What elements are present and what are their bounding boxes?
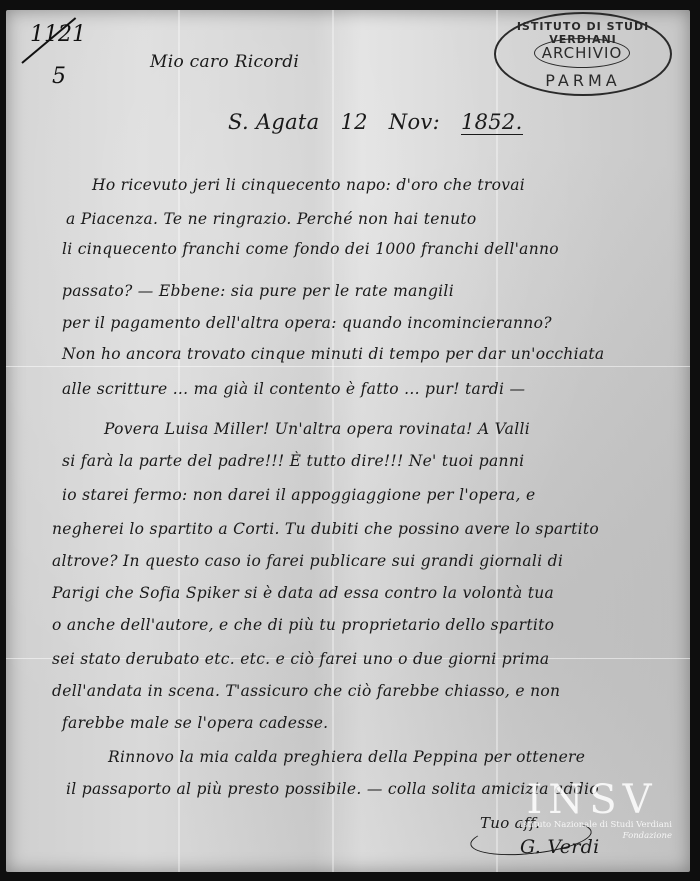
watermark-line2: Fondazione bbox=[512, 831, 672, 842]
letter-line: alle scritture ... ma già il contento è … bbox=[62, 380, 525, 398]
letter-line: altrove? In questo caso io farei publica… bbox=[52, 552, 563, 570]
letter-line: a Piacenza. Te ne ringrazio. Perché non … bbox=[66, 210, 477, 228]
archive-stamp: ISTITUTO DI STUDI VERDIANI ARCHIVIO PARM… bbox=[494, 12, 672, 96]
letter-line: si farà la parte del padre!!! È tutto di… bbox=[62, 452, 524, 470]
letter-line: dell'andata in scena. T'assicuro che ciò… bbox=[52, 682, 560, 700]
letter-page bbox=[6, 10, 690, 872]
institution-watermark: INSV Istituto Nazionale di Studi Verdian… bbox=[512, 780, 672, 860]
letter-line: li cinquecento franchi come fondo dei 10… bbox=[62, 240, 559, 258]
letter-line: Non ho ancora trovato cinque minuti di t… bbox=[62, 345, 604, 363]
date-day: 12 bbox=[340, 110, 367, 134]
watermark-line1: Istituto Nazionale di Studi Verdiani bbox=[512, 820, 672, 831]
letter-line: per il pagamento dell'altra opera: quand… bbox=[62, 314, 552, 332]
watermark-letters: INSV bbox=[512, 780, 672, 820]
archive-number-top: 1121 bbox=[30, 22, 86, 47]
letter-line: Parigi che Sofia Spiker si è data ad ess… bbox=[52, 584, 554, 602]
archive-number-bottom: 5 bbox=[52, 64, 66, 89]
stamp-center: ARCHIVIO bbox=[534, 38, 630, 68]
letter-line: Povera Luisa Miller! Un'altra opera rovi… bbox=[104, 420, 530, 438]
date-year: 1852. bbox=[461, 110, 523, 135]
letter-line: sei stato derubato etc. etc. e ciò farei… bbox=[52, 650, 549, 668]
letter-line: o anche dell'autore, e che di più tu pro… bbox=[52, 616, 554, 634]
paper-fold bbox=[332, 10, 334, 872]
dateline: S. Agata 12 Nov: 1852. bbox=[228, 110, 523, 134]
paper-fold bbox=[178, 10, 180, 872]
letter-line: io starei fermo: non darei il appoggiagg… bbox=[62, 486, 535, 504]
letter-line: farebbe male se l'opera cadesse. bbox=[62, 714, 328, 732]
letter-line: passato? — Ebbene: sia pure per le rate … bbox=[62, 282, 454, 300]
stamp-bottom-text: PARMA bbox=[496, 71, 670, 90]
salutation: Mio caro Ricordi bbox=[150, 52, 299, 72]
stamp-center-text: ARCHIVIO bbox=[542, 44, 623, 62]
date-place: S. Agata bbox=[228, 110, 319, 134]
paper-crease bbox=[6, 366, 690, 367]
letter-line: Ho ricevuto jeri li cinquecento napo: d'… bbox=[92, 176, 525, 194]
paper-fold bbox=[496, 10, 498, 872]
letter-line: Rinnovo la mia calda preghiera della Pep… bbox=[108, 748, 585, 766]
archive-number: 1121 5 bbox=[16, 22, 76, 92]
date-month: Nov: bbox=[389, 110, 440, 134]
letter-line: negherei lo spartito a Corti. Tu dubiti … bbox=[52, 520, 599, 538]
